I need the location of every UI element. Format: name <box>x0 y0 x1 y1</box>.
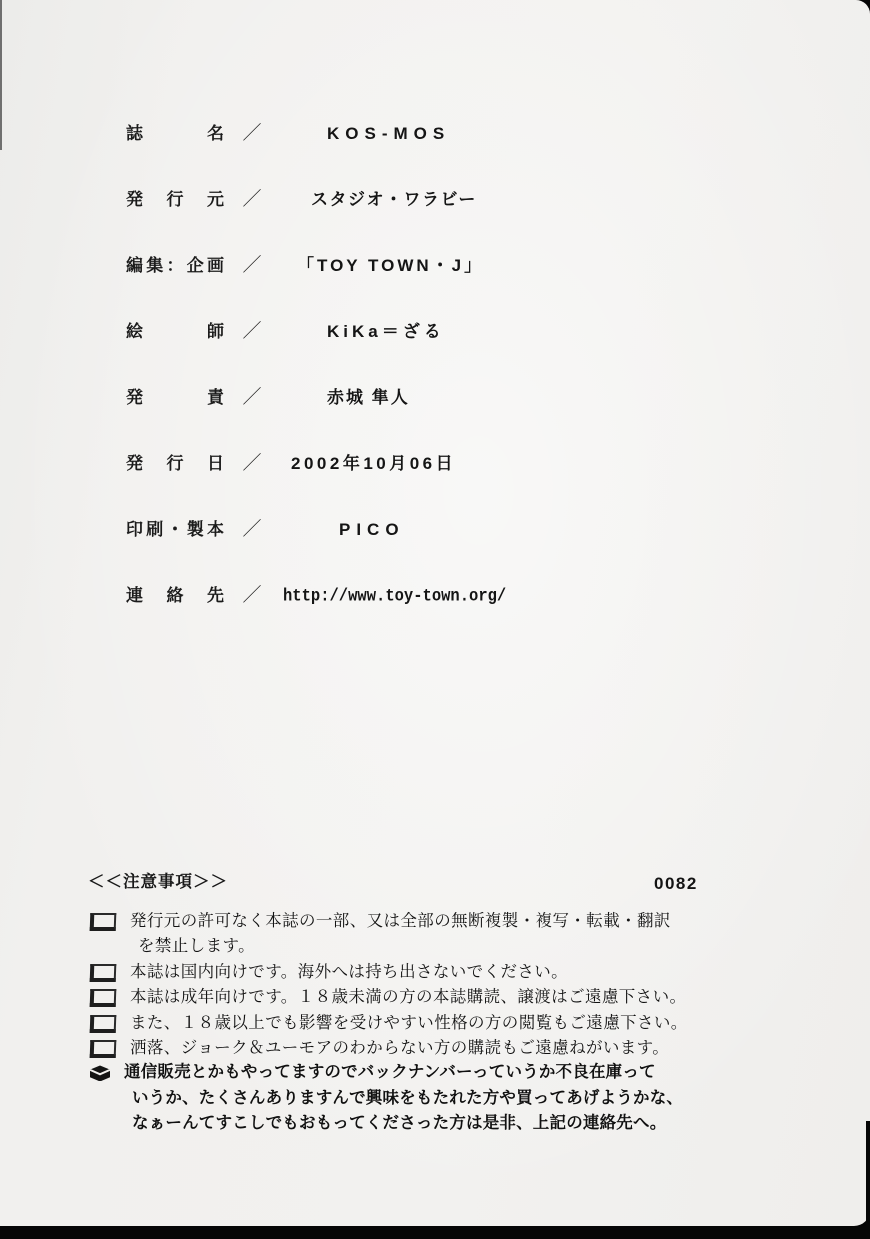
row-label: 発責 <box>126 383 225 408</box>
row-label: 誌名 <box>126 119 225 144</box>
row-value: KOS-MOS <box>327 124 450 144</box>
notice-text: 本誌は成年向けです。１８歳未満の方の本誌購読、譲渡はご遠慮下さい。 <box>130 984 686 1009</box>
checkbox-icon <box>90 1040 117 1058</box>
colophon-row-artist: 絵師 ／ KiKa＝ざる <box>126 316 506 344</box>
scanned-page: 誌名 ／ KOS-MOS 発行元 ／ スタジオ・ワラビー 編集：企画 ／ 「TO… <box>0 0 870 1239</box>
colophon-row-contact: 連絡先 ／ http://www.toy-town.org/ <box>126 580 506 608</box>
row-value: 2002年10月06日 <box>291 449 456 474</box>
row-value: 「TOY TOWN・J」 <box>297 251 484 276</box>
slash-separator: ／ <box>235 580 269 607</box>
paper-sheet: 誌名 ／ KOS-MOS 発行元 ／ スタジオ・ワラビー 編集：企画 ／ 「TO… <box>0 0 870 1226</box>
notice-text: また、１８歳以上でも影響を受けやすい性格の方の閲覧もご遠慮下さい。 <box>130 1010 688 1035</box>
notice-item: 発行元の許可なく本誌の一部、又は全部の無断複製・複写・転載・翻訳 を禁止します。 <box>88 908 788 959</box>
notice-item: 洒落、ジョーク＆ユーモアのわからない方の購読もご遠慮ねがいます。 <box>88 1035 788 1060</box>
notice-item: 本誌は成年向けです。１８歳未満の方の本誌購読、譲渡はご遠慮下さい。 <box>88 984 788 1009</box>
notices-header: ＜＜注意事項＞＞ 0082 <box>88 868 788 902</box>
colophon-row-title: 誌名 ／ KOS-MOS <box>126 118 506 146</box>
row-label: 編集：企画 <box>126 251 225 276</box>
row-value: PICO <box>339 520 405 540</box>
row-label: 印刷・製本 <box>126 515 225 540</box>
slash-separator: ／ <box>235 448 269 475</box>
checkbox-icon <box>90 913 117 931</box>
slash-separator: ／ <box>235 184 269 211</box>
scan-edge-left <box>0 0 2 150</box>
colophon-row-publisher: 発行元 ／ スタジオ・ワラビー <box>126 184 506 212</box>
scan-edge-right <box>866 1121 870 1239</box>
colophon-row-printing: 印刷・製本 ／ PICO <box>126 514 506 542</box>
notice-text: 洒落、ジョーク＆ユーモアのわからない方の購読もご遠慮ねがいます。 <box>130 1035 669 1060</box>
colophon: 誌名 ／ KOS-MOS 発行元 ／ スタジオ・ワラビー 編集：企画 ／ 「TO… <box>126 118 506 646</box>
notices-list: 発行元の許可なく本誌の一部、又は全部の無断複製・複写・転載・翻訳 を禁止します。… <box>88 908 788 1137</box>
contact-url: http://www.toy-town.org/ <box>283 586 506 606</box>
row-label: 絵師 <box>126 317 225 342</box>
notice-item-mail-order: 通信販売とかもやってますのでバックナンバーっていうか不良在庫って いうか、たくさ… <box>88 1060 788 1136</box>
checkbox-icon <box>90 964 117 982</box>
notice-item: また、１８歳以上でも影響を受けやすい性格の方の閲覧もご遠慮下さい。 <box>88 1010 788 1035</box>
notice-text: 発行元の許可なく本誌の一部、又は全部の無断複製・複写・転載・翻訳 を禁止します。 <box>130 908 671 959</box>
colophon-row-responsible: 発責 ／ 赤城 隼人 <box>126 382 506 410</box>
slash-separator: ／ <box>235 514 269 541</box>
row-label: 連絡先 <box>126 581 225 606</box>
notice-item: 本誌は国内向けです。海外へは持ち出さないでください。 <box>88 959 788 984</box>
checkbox-icon <box>90 1015 117 1033</box>
slash-separator: ／ <box>235 118 269 145</box>
slash-separator: ／ <box>235 382 269 409</box>
row-value: スタジオ・ワラビー <box>311 185 477 210</box>
row-value: KiKa＝ざる <box>327 317 445 342</box>
slash-separator: ／ <box>235 316 269 343</box>
cube-icon <box>90 1065 110 1081</box>
checkbox-icon <box>90 989 117 1007</box>
row-value: 赤城 隼人 <box>327 383 410 408</box>
notices-heading: ＜＜注意事項＞＞ <box>88 873 228 891</box>
scan-edge-bottom <box>0 1226 870 1239</box>
row-label: 発行元 <box>126 185 225 210</box>
colophon-row-date: 発行日 ／ 2002年10月06日 <box>126 448 506 476</box>
notice-text: 本誌は国内向けです。海外へは持ち出さないでください。 <box>130 959 568 984</box>
notice-text: 通信販売とかもやってますのでバックナンバーっていうか不良在庫って いうか、たくさ… <box>124 1060 683 1136</box>
row-label: 発行日 <box>126 449 225 474</box>
page-number: 0082 <box>654 874 698 894</box>
notices-section: ＜＜注意事項＞＞ 0082 発行元の許可なく本誌の一部、又は全部の無断複製・複写… <box>88 868 788 1137</box>
slash-separator: ／ <box>235 250 269 277</box>
colophon-row-editing: 編集：企画 ／ 「TOY TOWN・J」 <box>126 250 506 278</box>
